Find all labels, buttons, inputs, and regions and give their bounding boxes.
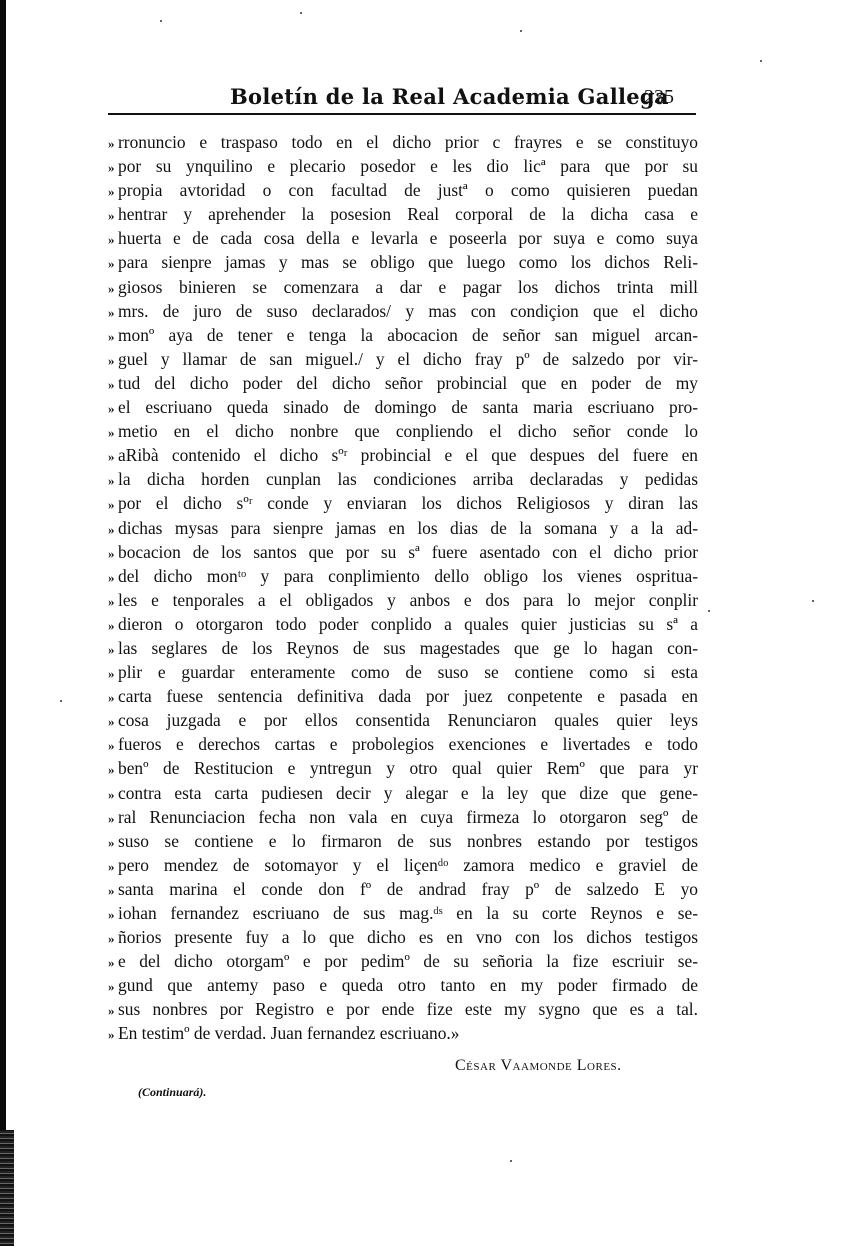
text-line: »giosos binieren se comenzara a dar e pa… bbox=[108, 275, 698, 299]
journal-title: Boletín de la Real Academia Gallega bbox=[230, 84, 669, 109]
quotation-mark: » bbox=[108, 277, 118, 301]
line-text: e del dicho otorgamº e por pedimº de su … bbox=[118, 949, 698, 973]
line-text: hentrar y aprehender la posesion Real co… bbox=[118, 202, 698, 226]
text-line: »del dicho monᵗᵒ y para conplimiento del… bbox=[108, 564, 698, 588]
text-line: »el escriuano queda sinado de domingo de… bbox=[108, 395, 698, 419]
quotation-mark: » bbox=[108, 1023, 118, 1047]
quotation-mark: » bbox=[108, 638, 118, 662]
text-line: »hentrar y aprehender la posesion Real c… bbox=[108, 202, 698, 226]
line-text: suso se contiene e lo firmaron de sus no… bbox=[118, 829, 698, 853]
text-line: »ñorios presente fuy a lo que dicho es e… bbox=[108, 925, 698, 949]
quotation-mark: » bbox=[108, 421, 118, 445]
scan-speck bbox=[760, 60, 762, 62]
line-text: giosos binieren se comenzara a dar e pag… bbox=[118, 275, 698, 299]
quotation-mark: » bbox=[108, 710, 118, 734]
text-line: »pero mendez de sotomayor y el liçenᵈᵒ z… bbox=[108, 853, 698, 877]
line-text: plir e guardar enteramente como de suso … bbox=[118, 660, 698, 684]
line-text: les e tenporales a el obligados y anbos … bbox=[118, 588, 698, 612]
line-text: rronuncio e traspaso todo en el dicho pr… bbox=[118, 130, 698, 154]
scan-speck bbox=[160, 20, 162, 22]
line-text: ñorios presente fuy a lo que dicho es en… bbox=[118, 925, 698, 949]
quotation-mark: » bbox=[108, 975, 118, 999]
line-text: ral Renunciacion fecha non vala en cuya … bbox=[118, 805, 698, 829]
line-text: contra esta carta pudiesen decir y alega… bbox=[118, 781, 698, 805]
text-line: »huerta e de cada cosa della e levarla e… bbox=[108, 226, 698, 250]
line-text: iohan fernandez escriuano de sus mag.ᵈˢ … bbox=[118, 901, 698, 925]
quotation-mark: » bbox=[108, 999, 118, 1023]
text-line: »la dicha horden cunplan las condiciones… bbox=[108, 467, 698, 491]
scan-speck bbox=[300, 12, 302, 14]
quotation-mark: » bbox=[108, 542, 118, 566]
quotation-mark: » bbox=[108, 228, 118, 252]
line-text: sus nonbres por Registro e por ende fize… bbox=[118, 997, 698, 1021]
quotation-mark: » bbox=[108, 445, 118, 469]
text-line: »suso se contiene e lo firmaron de sus n… bbox=[108, 829, 698, 853]
quotation-mark: » bbox=[108, 566, 118, 590]
line-text: pero mendez de sotomayor y el liçenᵈᵒ za… bbox=[118, 853, 698, 877]
text-line: »gund que antemy paso e queda otro tanto… bbox=[108, 973, 698, 997]
text-line: »ral Renunciacion fecha non vala en cuya… bbox=[108, 805, 698, 829]
quotation-mark: » bbox=[108, 879, 118, 903]
quotation-mark: » bbox=[108, 397, 118, 421]
line-text: las seglares de los Reynos de sus magest… bbox=[118, 636, 698, 660]
running-head: Boletín de la Real Academia Gallega 235 bbox=[108, 82, 696, 112]
quotation-mark: » bbox=[108, 662, 118, 686]
scan-speck bbox=[510, 1160, 512, 1162]
line-text: dichas mysas para sienpre jamas en los d… bbox=[118, 516, 698, 540]
quotation-mark: » bbox=[108, 301, 118, 325]
scan-speck bbox=[812, 600, 814, 602]
text-line: »santa marina el conde don fº de andrad … bbox=[108, 877, 698, 901]
quotation-mark: » bbox=[108, 204, 118, 228]
line-text: por su ynquilino e plecario posedor e le… bbox=[118, 154, 698, 178]
text-line: »guel y llamar de san miguel./ y el dich… bbox=[108, 347, 698, 371]
text-line: »tud del dicho poder del dicho señor pro… bbox=[108, 371, 698, 395]
quotation-mark: » bbox=[108, 180, 118, 204]
line-text: fueros e derechos cartas e probolegios e… bbox=[118, 732, 698, 756]
quotation-mark: » bbox=[108, 927, 118, 951]
quotation-mark: » bbox=[108, 831, 118, 855]
quotation-mark: » bbox=[108, 252, 118, 276]
scan-speck bbox=[708, 610, 710, 612]
text-line: »sus nonbres por Registro e por ende fiz… bbox=[108, 997, 698, 1021]
quotation-mark: » bbox=[108, 469, 118, 493]
quotation-mark: » bbox=[108, 493, 118, 517]
text-line: »En testimº de verdad. Juan fernandez es… bbox=[108, 1021, 698, 1045]
header-rule bbox=[108, 113, 696, 115]
text-line: »fueros e derechos cartas e probolegios … bbox=[108, 732, 698, 756]
quotation-mark: » bbox=[108, 349, 118, 373]
quotation-mark: » bbox=[108, 373, 118, 397]
text-line: »por el dicho sºʳ conde y enviaran los d… bbox=[108, 491, 698, 515]
text-line: »metio en el dicho nonbre que conpliendo… bbox=[108, 419, 698, 443]
quotation-mark: » bbox=[108, 951, 118, 975]
document-body: »rronuncio e traspaso todo en el dicho p… bbox=[108, 130, 698, 1046]
line-text: guel y llamar de san miguel./ y el dicho… bbox=[118, 347, 698, 371]
text-line: »propia avtoridad o con facultad de just… bbox=[108, 178, 698, 202]
line-text: monº aya de tener e tenga la abocacion d… bbox=[118, 323, 698, 347]
text-line: »les e tenporales a el obligados y anbos… bbox=[108, 588, 698, 612]
line-text: santa marina el conde don fº de andrad f… bbox=[118, 877, 698, 901]
line-text: bocacion de los santos que por su sª fue… bbox=[118, 540, 698, 564]
text-line: »plir e guardar enteramente como de suso… bbox=[108, 660, 698, 684]
text-line: »por su ynquilino e plecario posedor e l… bbox=[108, 154, 698, 178]
line-text: huerta e de cada cosa della e levarla e … bbox=[118, 226, 698, 250]
text-line: »e del dicho otorgamº e por pedimº de su… bbox=[108, 949, 698, 973]
line-text: cosa juzgada e por ellos consentida Renu… bbox=[118, 708, 698, 732]
quotation-mark: » bbox=[108, 686, 118, 710]
line-text: por el dicho sºʳ conde y enviaran los di… bbox=[118, 491, 698, 515]
line-text: la dicha horden cunplan las condiciones … bbox=[118, 467, 698, 491]
line-text: benº de Restitucion e yntregun y otro qu… bbox=[118, 756, 698, 780]
quotation-mark: » bbox=[108, 590, 118, 614]
line-text: En testimº de verdad. Juan fernandez esc… bbox=[118, 1021, 698, 1045]
line-text: tud del dicho poder del dicho señor prob… bbox=[118, 371, 698, 395]
line-text: el escriuano queda sinado de domingo de … bbox=[118, 395, 698, 419]
line-text: para sienpre jamas y mas se obligo que l… bbox=[118, 250, 698, 274]
text-line: »cosa juzgada e por ellos consentida Ren… bbox=[108, 708, 698, 732]
line-text: mrs. de juro de suso declarados/ y mas c… bbox=[118, 299, 698, 323]
quotation-mark: » bbox=[108, 903, 118, 927]
author-signature: César Vaamonde Lores. bbox=[455, 1057, 622, 1075]
text-line: »dichas mysas para sienpre jamas en los … bbox=[108, 516, 698, 540]
continuation-note: (Continuará). bbox=[138, 1085, 206, 1100]
line-text: propia avtoridad o con facultad de justª… bbox=[118, 178, 698, 202]
quotation-mark: » bbox=[108, 734, 118, 758]
text-line: »rronuncio e traspaso todo en el dicho p… bbox=[108, 130, 698, 154]
text-line: »benº de Restitucion e yntregun y otro q… bbox=[108, 756, 698, 780]
text-line: »iohan fernandez escriuano de sus mag.ᵈˢ… bbox=[108, 901, 698, 925]
quotation-mark: » bbox=[108, 614, 118, 638]
page-number: 235 bbox=[644, 86, 674, 109]
text-line: »bocacion de los santos que por su sª fu… bbox=[108, 540, 698, 564]
quotation-mark: » bbox=[108, 807, 118, 831]
line-text: del dicho monᵗᵒ y para conplimiento dell… bbox=[118, 564, 698, 588]
quotation-mark: » bbox=[108, 132, 118, 156]
scan-speck bbox=[60, 700, 62, 702]
line-text: aRibà contenido el dicho sºʳ probincial … bbox=[118, 443, 698, 467]
line-text: gund que antemy paso e queda otro tanto … bbox=[118, 973, 698, 997]
quotation-mark: » bbox=[108, 518, 118, 542]
text-line: »mrs. de juro de suso declarados/ y mas … bbox=[108, 299, 698, 323]
quotation-mark: » bbox=[108, 325, 118, 349]
text-line: »carta fuese sentencia definitiva dada p… bbox=[108, 684, 698, 708]
quotation-mark: » bbox=[108, 855, 118, 879]
quotation-mark: » bbox=[108, 783, 118, 807]
text-line: »aRibà contenido el dicho sºʳ probincial… bbox=[108, 443, 698, 467]
page-binding-edge bbox=[0, 0, 6, 1246]
scan-speck bbox=[520, 30, 522, 32]
quotation-mark: » bbox=[108, 156, 118, 180]
line-text: dieron o otorgaron todo poder conplido a… bbox=[118, 612, 698, 636]
line-text: carta fuese sentencia definitiva dada po… bbox=[118, 684, 698, 708]
text-line: »para sienpre jamas y mas se obligo que … bbox=[108, 250, 698, 274]
text-line: »las seglares de los Reynos de sus mages… bbox=[108, 636, 698, 660]
page-binding-edge-texture bbox=[0, 1130, 14, 1246]
text-line: »contra esta carta pudiesen decir y aleg… bbox=[108, 781, 698, 805]
line-text: metio en el dicho nonbre que conpliendo … bbox=[118, 419, 698, 443]
text-line: »monº aya de tener e tenga la abocacion … bbox=[108, 323, 698, 347]
text-line: »dieron o otorgaron todo poder conplido … bbox=[108, 612, 698, 636]
quotation-mark: » bbox=[108, 758, 118, 782]
